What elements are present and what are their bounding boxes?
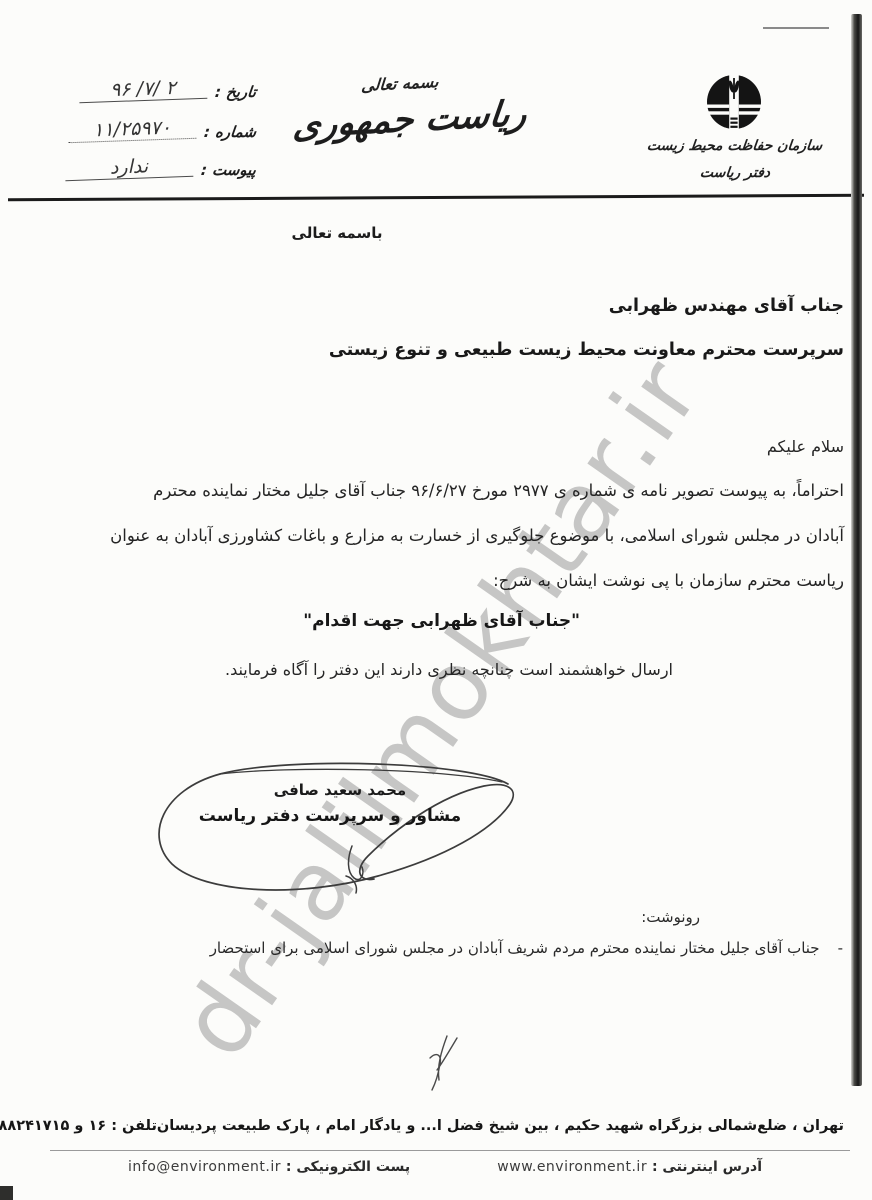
watermark-text: dr-jalilmokhtar.ir — [107, 266, 772, 1149]
email-address: info@environment.ir — [128, 1159, 281, 1175]
environment-org-logo-icon — [702, 72, 766, 140]
email-label: پست الکترونیکی : — [286, 1159, 410, 1175]
body-line-1: احتراماً، به پیوست تصویر نامه ی شماره ی … — [153, 481, 844, 500]
attachment-field: پیوست : ندارد — [26, 156, 256, 179]
header-divider — [8, 194, 864, 201]
footer-address: تهران ، ضلع‌شمالی بزرگراه شهید حکیم ، بی… — [157, 1118, 844, 1134]
attachment-value-handwritten: ندارد — [65, 154, 194, 181]
addressee-name: جناب آقای مهندس ظهرابی — [609, 296, 844, 316]
date-field: تاریخ : ۹۶ /۷/ ۲ — [26, 78, 256, 101]
cc-bullet-dash: - — [820, 939, 843, 957]
scanned-letter-page: dr-jalilmokhtar.ir سازمان حفاظت محیط زیس… — [0, 0, 872, 1200]
date-label: تاریخ : — [214, 83, 257, 101]
scan-artifact-line — [763, 27, 829, 29]
basmala: باسمه تعالی — [272, 224, 402, 242]
date-value-handwritten: ۹۶ /۷/ ۲ — [79, 76, 208, 103]
web-url: www.environment.ir — [497, 1159, 647, 1175]
org-office: دفتر ریاست — [649, 165, 821, 181]
web-label: آدرس اینترنتی : — [652, 1159, 762, 1175]
salutation: سلام علیکم — [767, 437, 844, 456]
number-value-handwritten: ۱۱/۲۵۹۷۰ — [67, 116, 196, 143]
org-name: سازمان حفاظت محیط زیست — [611, 138, 858, 154]
closing-line: ارسال خواهشمند است چنانچه نظری دارند این… — [225, 660, 673, 679]
scan-edge-shadow — [851, 14, 862, 1086]
footer-phone: تلفن : ۱۶ و ۸۸۲۴۱۷۱۵ — [0, 1118, 157, 1134]
cc-label: رونوشت: — [641, 908, 700, 926]
number-label: شماره : — [203, 123, 257, 141]
signer-title: مشاور و سرپرست دفتر ریاست — [180, 806, 480, 826]
footer-web-group: آدرس اینترنتی : www.environment.ir — [497, 1159, 762, 1175]
scan-corner-mark — [0, 1186, 13, 1200]
body-line-2: آبادان در مجلس شورای اسلامی، با موضوع جل… — [110, 526, 844, 545]
number-field: شماره : ۱۱/۲۵۹۷۰ — [26, 118, 256, 141]
quoted-instruction: "جناب آقای ظهرابی جهت اقدام" — [303, 611, 580, 631]
footer-email-group: پست الکترونیکی : info@environment.ir — [128, 1159, 410, 1175]
cc-item: -جناب آقای جلیل مختار نماینده محترم مردم… — [210, 939, 843, 957]
letterhead-title: ریاست جمهوری — [268, 93, 552, 148]
signer-name: محمد سعید صافی — [235, 781, 445, 799]
body-line-3: ریاست محترم سازمان با پی نوشت ایشان به ش… — [493, 571, 844, 590]
paraph-mark — [415, 1028, 465, 1102]
bismillah-calligraphy: بسمه تعالی — [299, 69, 500, 99]
footer-divider — [50, 1150, 850, 1151]
addressee-title: سرپرست محترم معاونت محیط زیست طبیعی و تن… — [329, 340, 844, 360]
attachment-label: پیوست : — [200, 161, 257, 179]
footer-address-line: تهران ، ضلع‌شمالی بزرگراه شهید حکیم ، بی… — [40, 1118, 844, 1134]
cc-item-text: جناب آقای جلیل مختار نماینده محترم مردم … — [210, 939, 820, 957]
